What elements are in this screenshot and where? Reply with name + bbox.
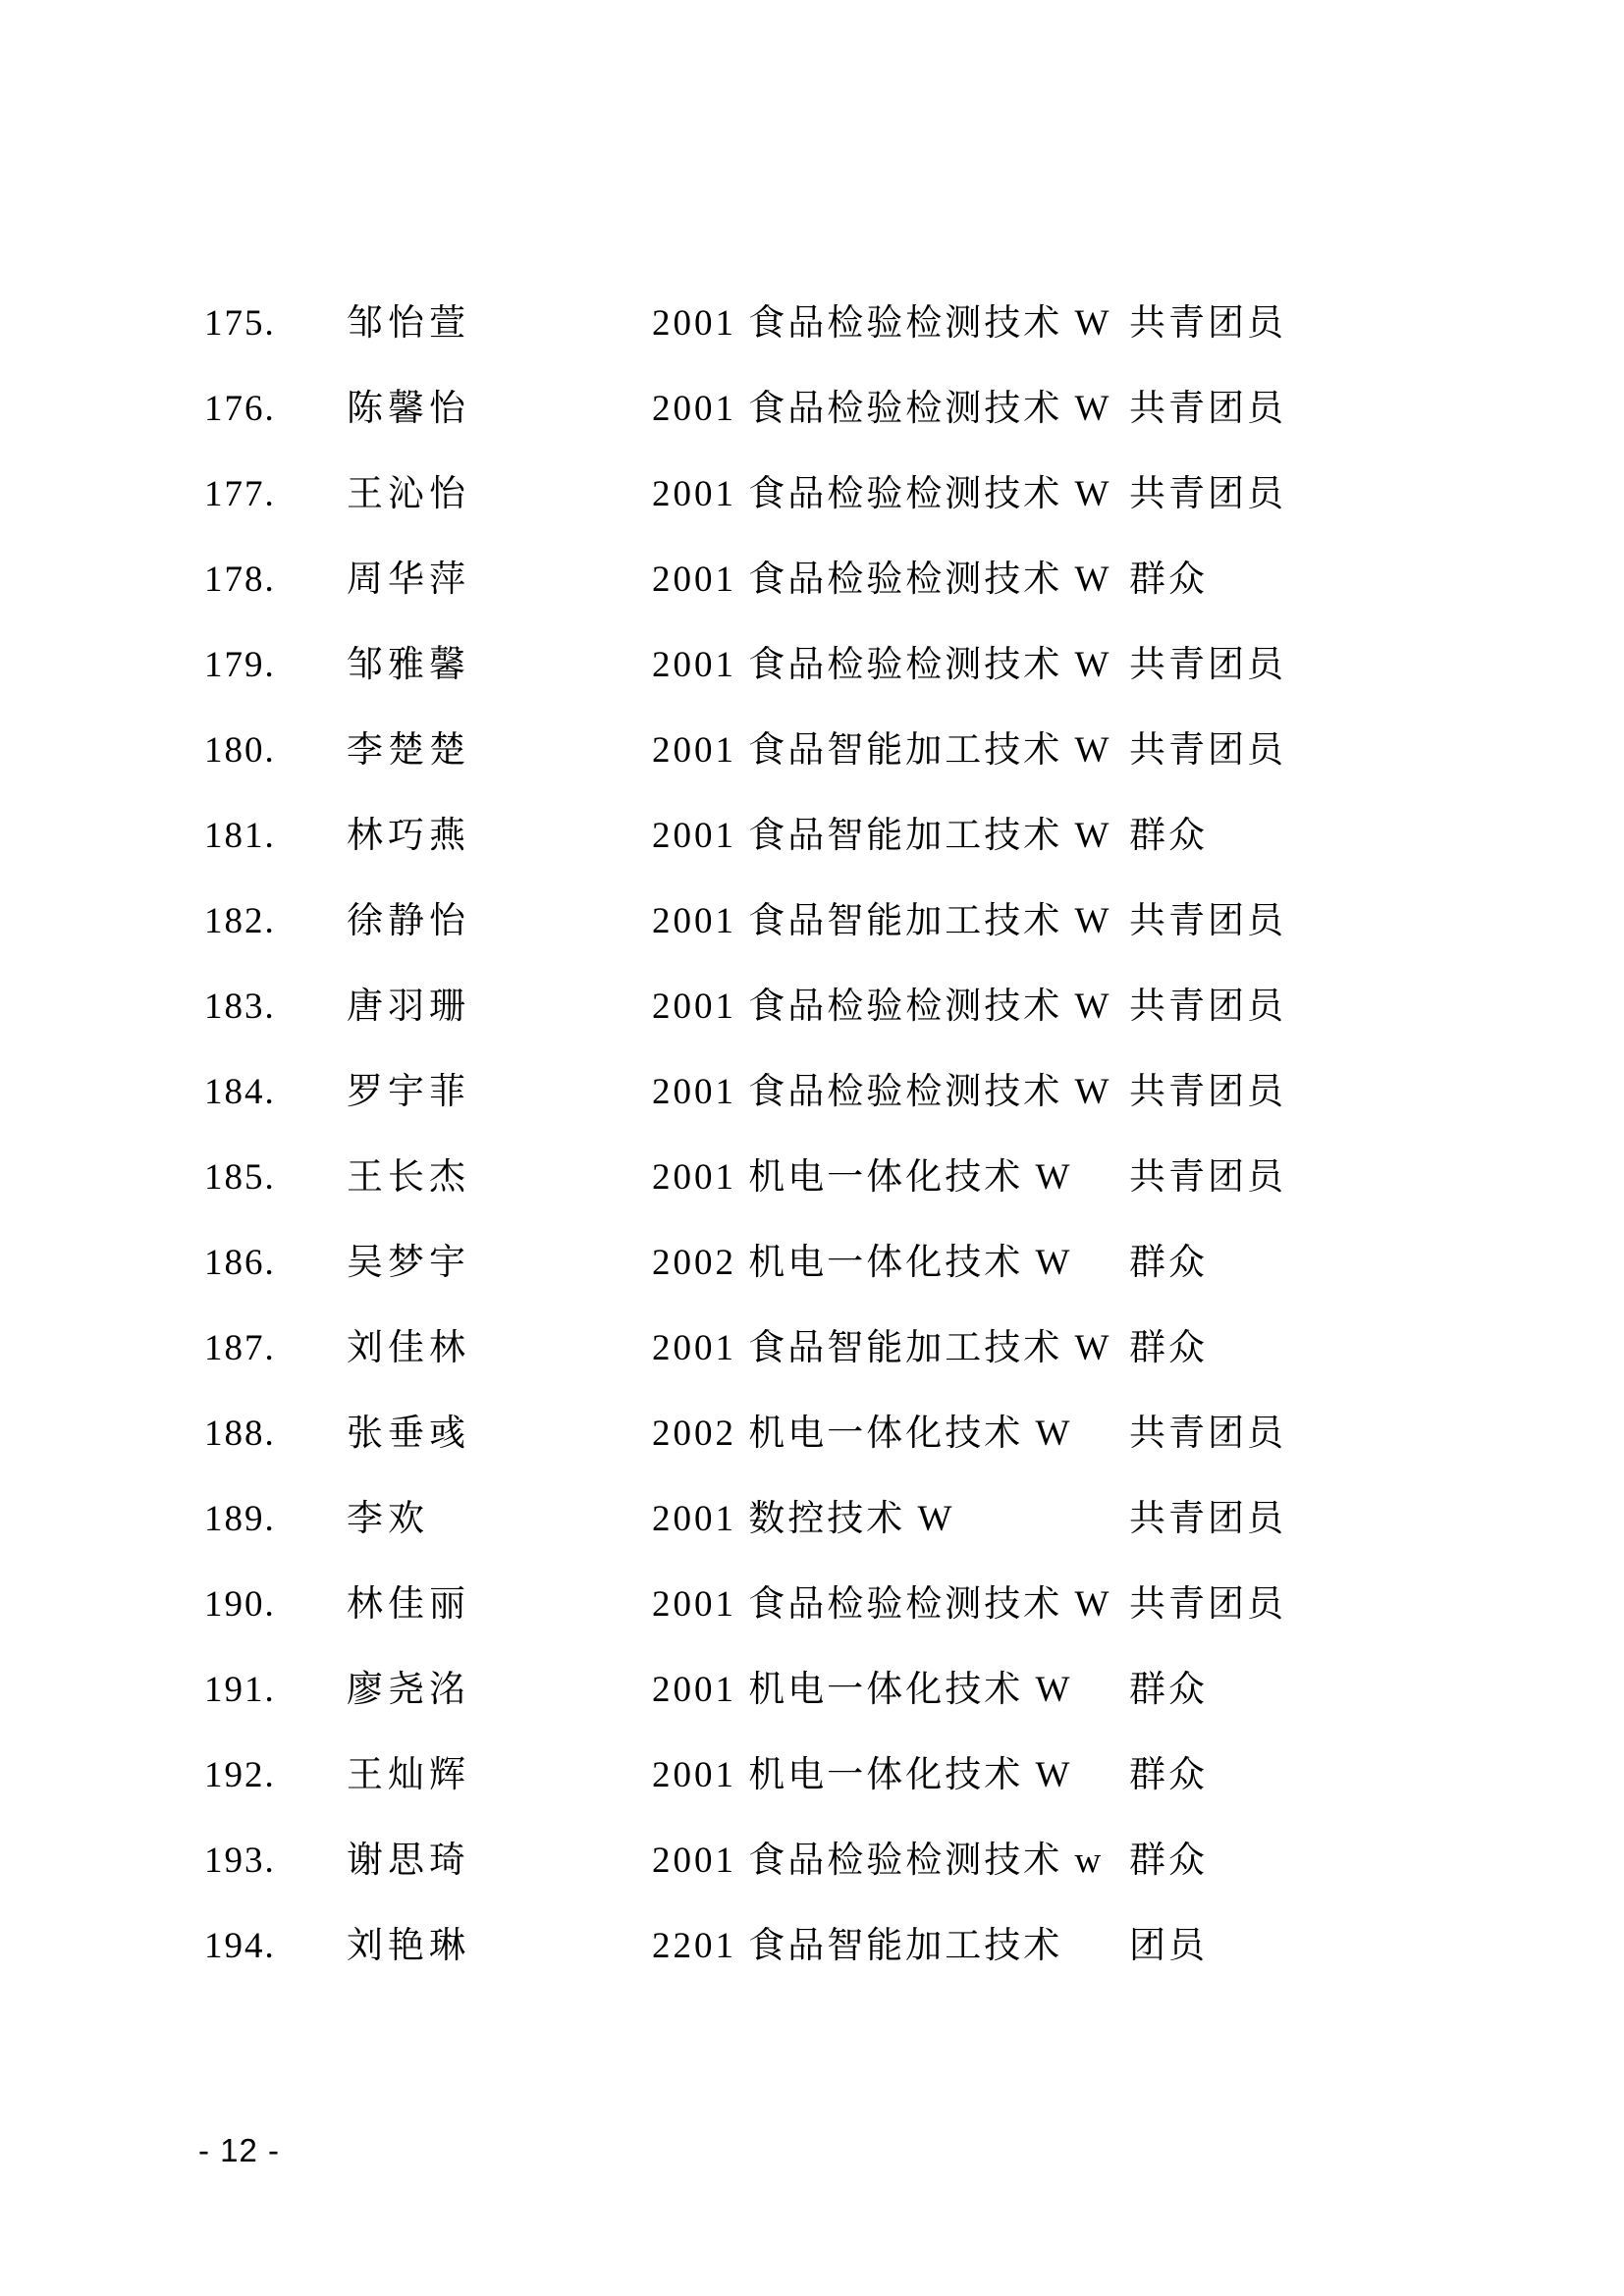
student-name: 陈馨怡 (347, 390, 470, 430)
table-row: 194.刘艳琳2201 食品智能加工技术团员 (0, 1927, 1624, 1972)
row-number: 184. (204, 1073, 276, 1113)
row-number: 176. (204, 390, 276, 430)
row-number: 178. (204, 561, 276, 601)
student-name: 李欢 (347, 1500, 429, 1540)
political-status: 共青团员 (1129, 731, 1286, 772)
political-status: 共青团员 (1129, 1500, 1286, 1540)
class-major: 2001 食品智能加工技术 W (652, 731, 1111, 772)
student-name: 王长杰 (347, 1158, 470, 1199)
student-name: 刘艳琳 (347, 1927, 470, 1967)
row-number: 185. (204, 1158, 276, 1199)
student-name: 王沁怡 (347, 475, 470, 515)
table-row: 179.邹雅馨2001 食品检验检测技术 W共青团员 (0, 646, 1624, 691)
student-name: 林巧燕 (347, 817, 470, 857)
row-number: 190. (204, 1585, 276, 1626)
table-row: 186.吴梦宇2002 机电一体化技术 W群众 (0, 1244, 1624, 1289)
class-major: 2001 数控技术 W (652, 1500, 954, 1540)
student-list: 175.邹怡萱2001 食品检验检测技术 W共青团员176.陈馨怡2001 食品… (0, 0, 1624, 2296)
class-major: 2001 食品智能加工技术 W (652, 817, 1111, 857)
class-major: 2001 食品检验检测技术 W (652, 1585, 1111, 1626)
table-row: 175.邹怡萱2001 食品检验检测技术 W共青团员 (0, 304, 1624, 349)
student-name: 张垂彧 (347, 1415, 470, 1455)
class-major: 2001 机电一体化技术 W (652, 1158, 1072, 1199)
row-number: 193. (204, 1842, 276, 1882)
class-major: 2001 食品检验检测技术 W (652, 1073, 1111, 1113)
table-row: 183.唐羽珊2001 食品检验检测技术 W共青团员 (0, 988, 1624, 1033)
class-major: 2001 食品检验检测技术 W (652, 390, 1111, 430)
class-major: 2001 食品检验检测技术 W (652, 475, 1111, 515)
table-row: 193.谢思琦2001 食品检验检测技术 w群众 (0, 1842, 1624, 1887)
table-row: 181.林巧燕2001 食品智能加工技术 W群众 (0, 817, 1624, 862)
political-status: 共青团员 (1129, 1073, 1286, 1113)
row-number: 181. (204, 817, 276, 857)
row-number: 179. (204, 646, 276, 686)
row-number: 180. (204, 731, 276, 772)
table-row: 177.王沁怡2001 食品检验检测技术 W共青团员 (0, 475, 1624, 520)
political-status: 共青团员 (1129, 1585, 1286, 1626)
class-major: 2001 食品检验检测技术 w (652, 1842, 1104, 1882)
class-major: 2001 食品检验检测技术 W (652, 561, 1111, 601)
table-row: 189.李欢2001 数控技术 W共青团员 (0, 1500, 1624, 1545)
political-status: 群众 (1129, 1756, 1208, 1796)
page-number: - 12 - (198, 2132, 280, 2169)
row-number: 191. (204, 1671, 276, 1711)
class-major: 2001 食品检验检测技术 W (652, 646, 1111, 686)
table-row: 185.王长杰2001 机电一体化技术 W共青团员 (0, 1158, 1624, 1203)
student-name: 王灿辉 (347, 1756, 470, 1796)
student-name: 李楚楚 (347, 731, 470, 772)
row-number: 182. (204, 902, 276, 942)
class-major: 2201 食品智能加工技术 (652, 1927, 1062, 1967)
table-row: 192.王灿辉2001 机电一体化技术 W群众 (0, 1756, 1624, 1801)
class-major: 2001 食品检验检测技术 W (652, 304, 1111, 345)
row-number: 186. (204, 1244, 276, 1284)
student-name: 林佳丽 (347, 1585, 470, 1626)
class-major: 2001 机电一体化技术 W (652, 1756, 1072, 1796)
class-major: 2001 食品智能加工技术 W (652, 902, 1111, 942)
row-number: 194. (204, 1927, 276, 1967)
table-row: 187.刘佳林2001 食品智能加工技术 W群众 (0, 1329, 1624, 1374)
political-status: 共青团员 (1129, 646, 1286, 686)
table-row: 178.周华萍2001 食品检验检测技术 W群众 (0, 561, 1624, 606)
student-name: 唐羽珊 (347, 988, 470, 1028)
student-name: 罗宇菲 (347, 1073, 470, 1113)
student-name: 吴梦宇 (347, 1244, 470, 1284)
political-status: 共青团员 (1129, 1158, 1286, 1199)
table-row: 191.廖尧洺2001 机电一体化技术 W群众 (0, 1671, 1624, 1716)
class-major: 2002 机电一体化技术 W (652, 1244, 1072, 1284)
row-number: 175. (204, 304, 276, 345)
political-status: 共青团员 (1129, 988, 1286, 1028)
table-row: 182.徐静怡2001 食品智能加工技术 W共青团员 (0, 902, 1624, 947)
class-major: 2001 食品智能加工技术 W (652, 1329, 1111, 1369)
document-page: 175.邹怡萱2001 食品检验检测技术 W共青团员176.陈馨怡2001 食品… (0, 0, 1624, 2296)
table-row: 188.张垂彧2002 机电一体化技术 W共青团员 (0, 1415, 1624, 1460)
class-major: 2001 食品检验检测技术 W (652, 988, 1111, 1028)
student-name: 邹雅馨 (347, 646, 470, 686)
student-name: 徐静怡 (347, 902, 470, 942)
political-status: 群众 (1129, 1244, 1208, 1284)
political-status: 团员 (1129, 1927, 1208, 1967)
political-status: 共青团员 (1129, 475, 1286, 515)
political-status: 共青团员 (1129, 304, 1286, 345)
political-status: 群众 (1129, 1329, 1208, 1369)
table-row: 176.陈馨怡2001 食品检验检测技术 W共青团员 (0, 390, 1624, 435)
political-status: 群众 (1129, 1671, 1208, 1711)
table-row: 184.罗宇菲2001 食品检验检测技术 W共青团员 (0, 1073, 1624, 1118)
political-status: 共青团员 (1129, 902, 1286, 942)
student-name: 邹怡萱 (347, 304, 470, 345)
political-status: 共青团员 (1129, 1415, 1286, 1455)
class-major: 2001 机电一体化技术 W (652, 1671, 1072, 1711)
row-number: 183. (204, 988, 276, 1028)
student-name: 谢思琦 (347, 1842, 470, 1882)
political-status: 群众 (1129, 1842, 1208, 1882)
political-status: 群众 (1129, 817, 1208, 857)
row-number: 177. (204, 475, 276, 515)
political-status: 共青团员 (1129, 390, 1286, 430)
class-major: 2002 机电一体化技术 W (652, 1415, 1072, 1455)
table-row: 190.林佳丽2001 食品检验检测技术 W共青团员 (0, 1585, 1624, 1630)
student-name: 廖尧洺 (347, 1671, 470, 1711)
political-status: 群众 (1129, 561, 1208, 601)
table-row: 180.李楚楚2001 食品智能加工技术 W共青团员 (0, 731, 1624, 776)
row-number: 192. (204, 1756, 276, 1796)
row-number: 189. (204, 1500, 276, 1540)
row-number: 187. (204, 1329, 276, 1369)
student-name: 周华萍 (347, 561, 470, 601)
row-number: 188. (204, 1415, 276, 1455)
student-name: 刘佳林 (347, 1329, 470, 1369)
